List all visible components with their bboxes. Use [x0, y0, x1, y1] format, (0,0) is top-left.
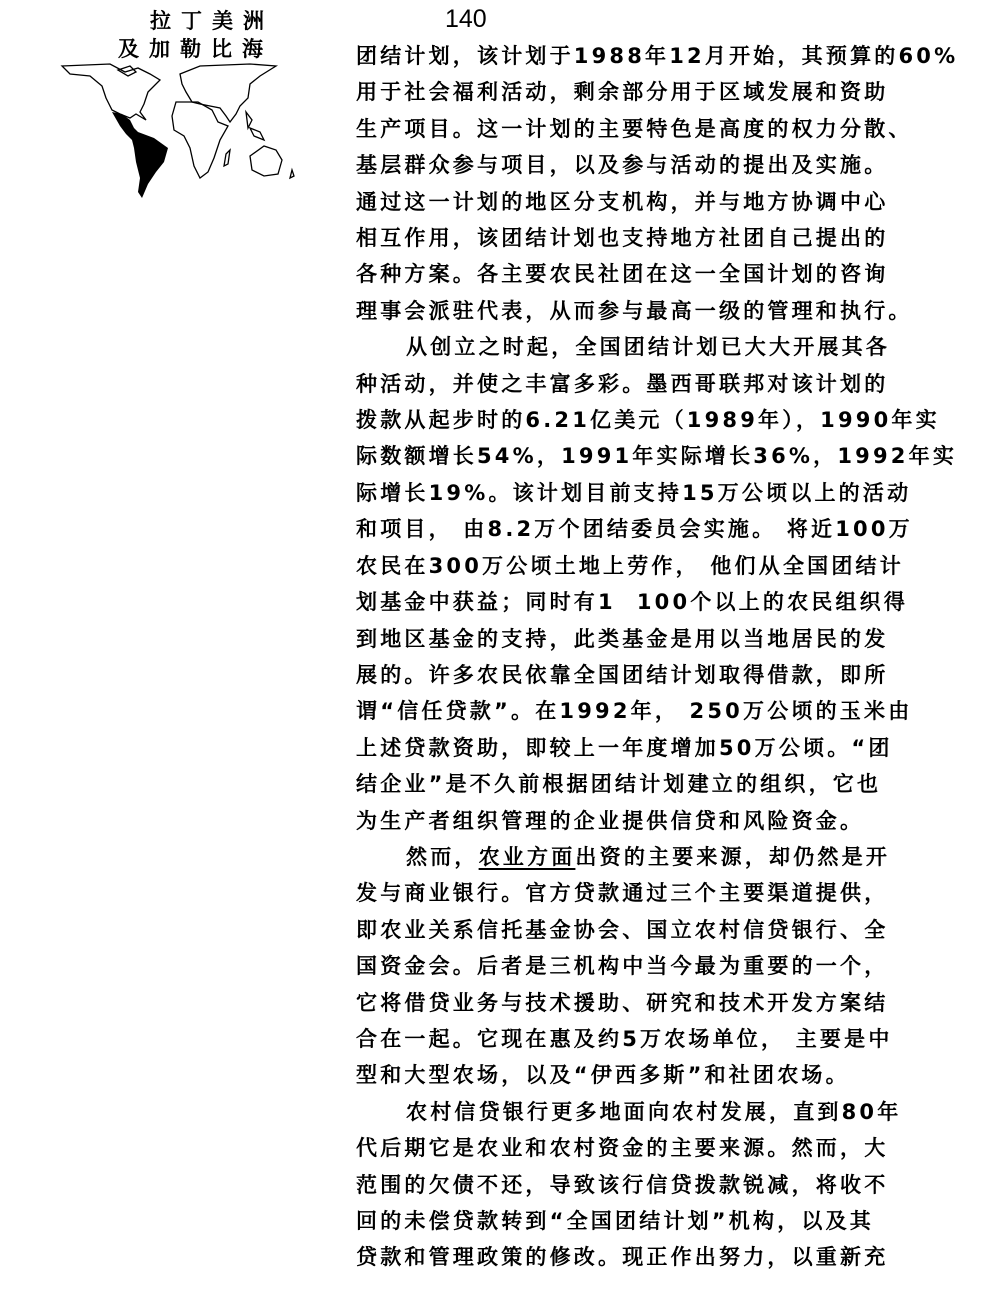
text-line: 到地区基金的支持，此类基金是用以当地居民的发 [356, 621, 956, 657]
text-line: 合在一起。它现在惠及约5万农场单位， 主要是中 [356, 1021, 956, 1057]
text-line: 用于社会福利活动，剩余部分用于区域发展和资助 [356, 74, 956, 110]
text-line: 代后期它是农业和农村资金的主要来源。然而，大 [356, 1130, 956, 1166]
underlined-term: 农业方面 [479, 845, 576, 869]
text-line: 拨款从起步时的6.21亿美元（1989年），1990年实 [356, 402, 956, 438]
region-logo: 拉丁美洲 及加勒比海 [40, 4, 280, 194]
text-line: 际增长19%。该计划目前支持15万公顷以上的活动 [356, 475, 956, 511]
text-line: 生产项目。这一计划的主要特色是高度的权力分散、 [356, 111, 956, 147]
text-line: 型和大型农场，以及“伊西多斯”和社团农场。 [356, 1057, 956, 1093]
text-line: 为生产者组织管理的企业提供信贷和风险资金。 [356, 803, 956, 839]
text-line: 国资金会。后者是三机构中当今最为重要的一个， [356, 948, 956, 984]
text-line: 基层群众参与项目，以及参与活动的提出及实施。 [356, 147, 956, 183]
text-line: 它将借贷业务与技术援助、研究和技术开发方案结 [356, 985, 956, 1021]
text-line: 上述贷款资助，即较上一年度增加50万公顷。“团 [356, 730, 956, 766]
text-line-paragraph-start: 农村信贷银行更多地面向农村发展，直到80年 [356, 1094, 956, 1130]
text-line-paragraph-start: 从创立之时起，全国团结计划已大大开展其各 [356, 329, 956, 365]
text-line: 范围的欠债不还，导致该行信贷拨款锐减，将收不 [356, 1167, 956, 1203]
text-line: 划基金中获益；同时有1 100个以上的农民组织得 [356, 584, 956, 620]
text-line: 谓“信任贷款”。在1992年， 250万公顷的玉米由 [356, 693, 956, 729]
text-span: 出资的主要来源，却仍然是开 [575, 845, 890, 869]
logo-title-line2: 及加勒比海 [118, 34, 288, 64]
text-line: 贷款和管理政策的修改。现正作出努力，以重新充 [356, 1239, 956, 1275]
text-line: 展的。许多农民依靠全国团结计划取得借款，即所 [356, 657, 956, 693]
text-line: 即农业关系信托基金协会、国立农村信贷银行、全 [356, 912, 956, 948]
page-number: 140 [445, 5, 487, 33]
text-line: 和项目， 由8.2万个团结委员会实施。 将近100万 [356, 511, 956, 547]
text-line: 理事会派驻代表，从而参与最高一级的管理和执行。 [356, 293, 956, 329]
article-body: 团结计划，该计划于1988年12月开始，其预算的60% 用于社会福利活动，剩余部… [356, 38, 956, 1276]
text-line: 结企业”是不久前根据团结计划建立的组织，它也 [356, 766, 956, 802]
text-line: 团结计划，该计划于1988年12月开始，其预算的60% [356, 38, 956, 74]
text-line: 相互作用，该团结计划也支持地方社团自己提出的 [356, 220, 956, 256]
text-line: 种活动，并使之丰富多彩。墨西哥联邦对该计划的 [356, 366, 956, 402]
text-span: 然而， [406, 845, 479, 869]
text-line: 通过这一计划的地区分支机构，并与地方协调中心 [356, 184, 956, 220]
text-line: 回的未偿贷款转到“全国团结计划”机构，以及其 [356, 1203, 956, 1239]
logo-title-line1: 拉丁美洲 [150, 6, 320, 36]
world-map-icon [50, 62, 300, 202]
text-line: 农民在300万公顷土地上劳作， 他们从全国团结计 [356, 548, 956, 584]
text-line-paragraph-start: 然而，农业方面出资的主要来源，却仍然是开 [356, 839, 956, 875]
text-line: 发与商业银行。官方贷款通过三个主要渠道提供， [356, 875, 956, 911]
text-line: 各种方案。各主要农民社团在这一全国计划的咨询 [356, 256, 956, 292]
text-line: 际数额增长54%，1991年实际增长36%，1992年实 [356, 438, 956, 474]
